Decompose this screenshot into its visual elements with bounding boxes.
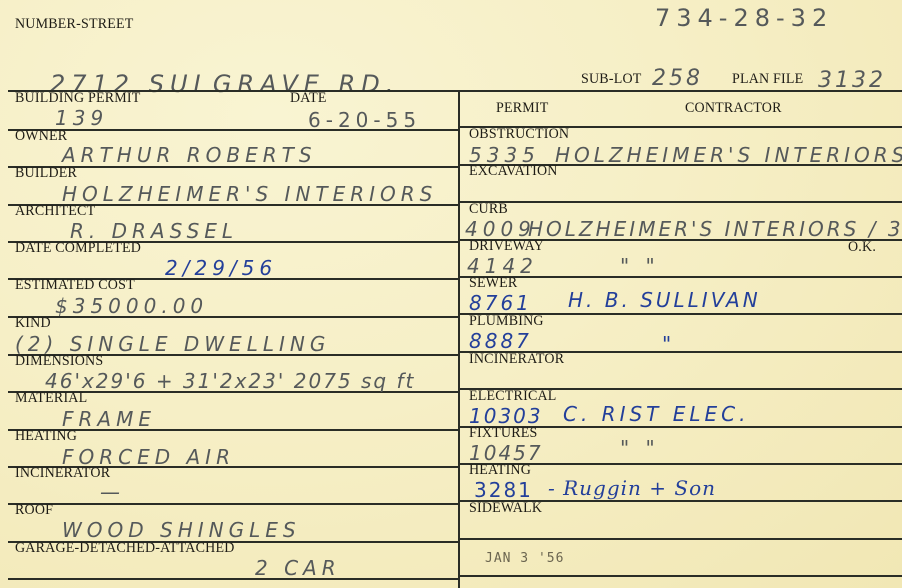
- owner-label: OWNER: [15, 129, 67, 146]
- incinerator-label: INCINERATOR: [15, 466, 110, 483]
- plumbing-contractor: ": [662, 332, 676, 356]
- date-value: 6-20-55: [308, 108, 421, 132]
- excavation-label: EXCAVATION: [469, 164, 558, 181]
- sewer-label: SEWER: [469, 276, 517, 293]
- building-permit-value: 139: [55, 106, 108, 130]
- curb-contractor: HOLZHEIMER'S INTERIORS / 3': [528, 217, 902, 241]
- dimensions-value: 46'x29'6 + 31'2x23' 2075 sq ft: [45, 369, 415, 393]
- heating-label: HEATING: [15, 429, 77, 446]
- plumbing-permit: 8887: [469, 329, 532, 353]
- curb-permit: 4009: [465, 217, 536, 241]
- building-permit-label: BUILDING PERMIT: [15, 91, 141, 108]
- garage-value: 2 CAR: [255, 556, 341, 580]
- plan-file-label: PLAN FILE: [732, 72, 803, 89]
- sub-lot-label: SUB-LOT: [581, 72, 642, 89]
- date-completed-label: DATE COMPLETED: [15, 241, 141, 258]
- obstruction-label: OBSTRUCTION: [469, 127, 569, 144]
- sub-lot-value: 258: [652, 66, 703, 91]
- right-incinerator-label: INCINERATOR: [469, 352, 564, 369]
- builder-label: BUILDER: [15, 166, 77, 183]
- electrical-permit: 10303: [469, 404, 543, 428]
- roof-label: ROOF: [15, 503, 53, 520]
- address-label: NUMBER-STREET: [15, 17, 134, 34]
- driveway-note: O.K.: [848, 240, 876, 257]
- kind-label: KIND: [15, 316, 51, 333]
- owner-value: ARTHUR ROBERTS: [62, 143, 317, 167]
- sidewalk-label: SIDEWALK: [469, 501, 542, 518]
- contractor-column-header: CONTRACTOR: [685, 101, 782, 118]
- electrical-label: ELECTRICAL: [469, 389, 557, 406]
- date-label: DATE: [290, 91, 327, 108]
- plumbing-label: PLUMBING: [469, 314, 544, 331]
- permit-record-card: NUMBER-STREET 734-28-32 2712 SULGRAVE RD…: [0, 0, 902, 588]
- builder-value: HOLZHEIMER'S INTERIORS: [62, 182, 437, 206]
- fixtures-permit: 10457: [469, 441, 543, 465]
- date-completed-value: 2/29/56: [165, 256, 277, 280]
- sewer-permit: 8761: [469, 291, 532, 315]
- driveway-permit: 4142: [467, 254, 538, 278]
- curb-label: CURB: [469, 202, 508, 219]
- kind-value: (2) SINGLE DWELLING: [15, 332, 330, 356]
- dimensions-label: DIMENSIONS: [15, 354, 103, 371]
- estimated-cost-label: ESTIMATED COST: [15, 278, 135, 295]
- electrical-contractor: C. RIST ELEC.: [563, 402, 749, 426]
- date-stamp: JAN 3 '56: [485, 551, 564, 566]
- driveway-contractor: " ": [620, 254, 660, 278]
- roof-value: WOOD SHINGLES: [62, 518, 301, 542]
- permit-column-header: PERMIT: [496, 101, 549, 118]
- fixtures-contractor: " ": [620, 436, 660, 460]
- material-value: FRAME: [62, 407, 156, 431]
- garage-label: GARAGE-DETACHED-ATTACHED: [15, 541, 235, 558]
- obstruction-contractor: HOLZHEIMER'S INTERIORS: [555, 143, 902, 167]
- file-number: 734-28-32: [655, 4, 833, 32]
- material-label: MATERIAL: [15, 391, 87, 408]
- estimated-cost-value: $35000.00: [55, 294, 208, 318]
- driveway-label: DRIVEWAY: [469, 239, 544, 256]
- architect-value: R. DRASSEL: [70, 219, 238, 243]
- heating-permit-label: HEATING: [469, 463, 531, 480]
- architect-label: ARCHITECT: [15, 204, 95, 221]
- sewer-contractor: H. B. SULLIVAN: [568, 288, 761, 312]
- heating-permit: 3281: [474, 478, 533, 502]
- fixtures-label: FIXTURES: [469, 426, 538, 443]
- heating-contractor: - Ruggin + Son: [548, 476, 716, 500]
- incinerator-value: —: [100, 480, 125, 504]
